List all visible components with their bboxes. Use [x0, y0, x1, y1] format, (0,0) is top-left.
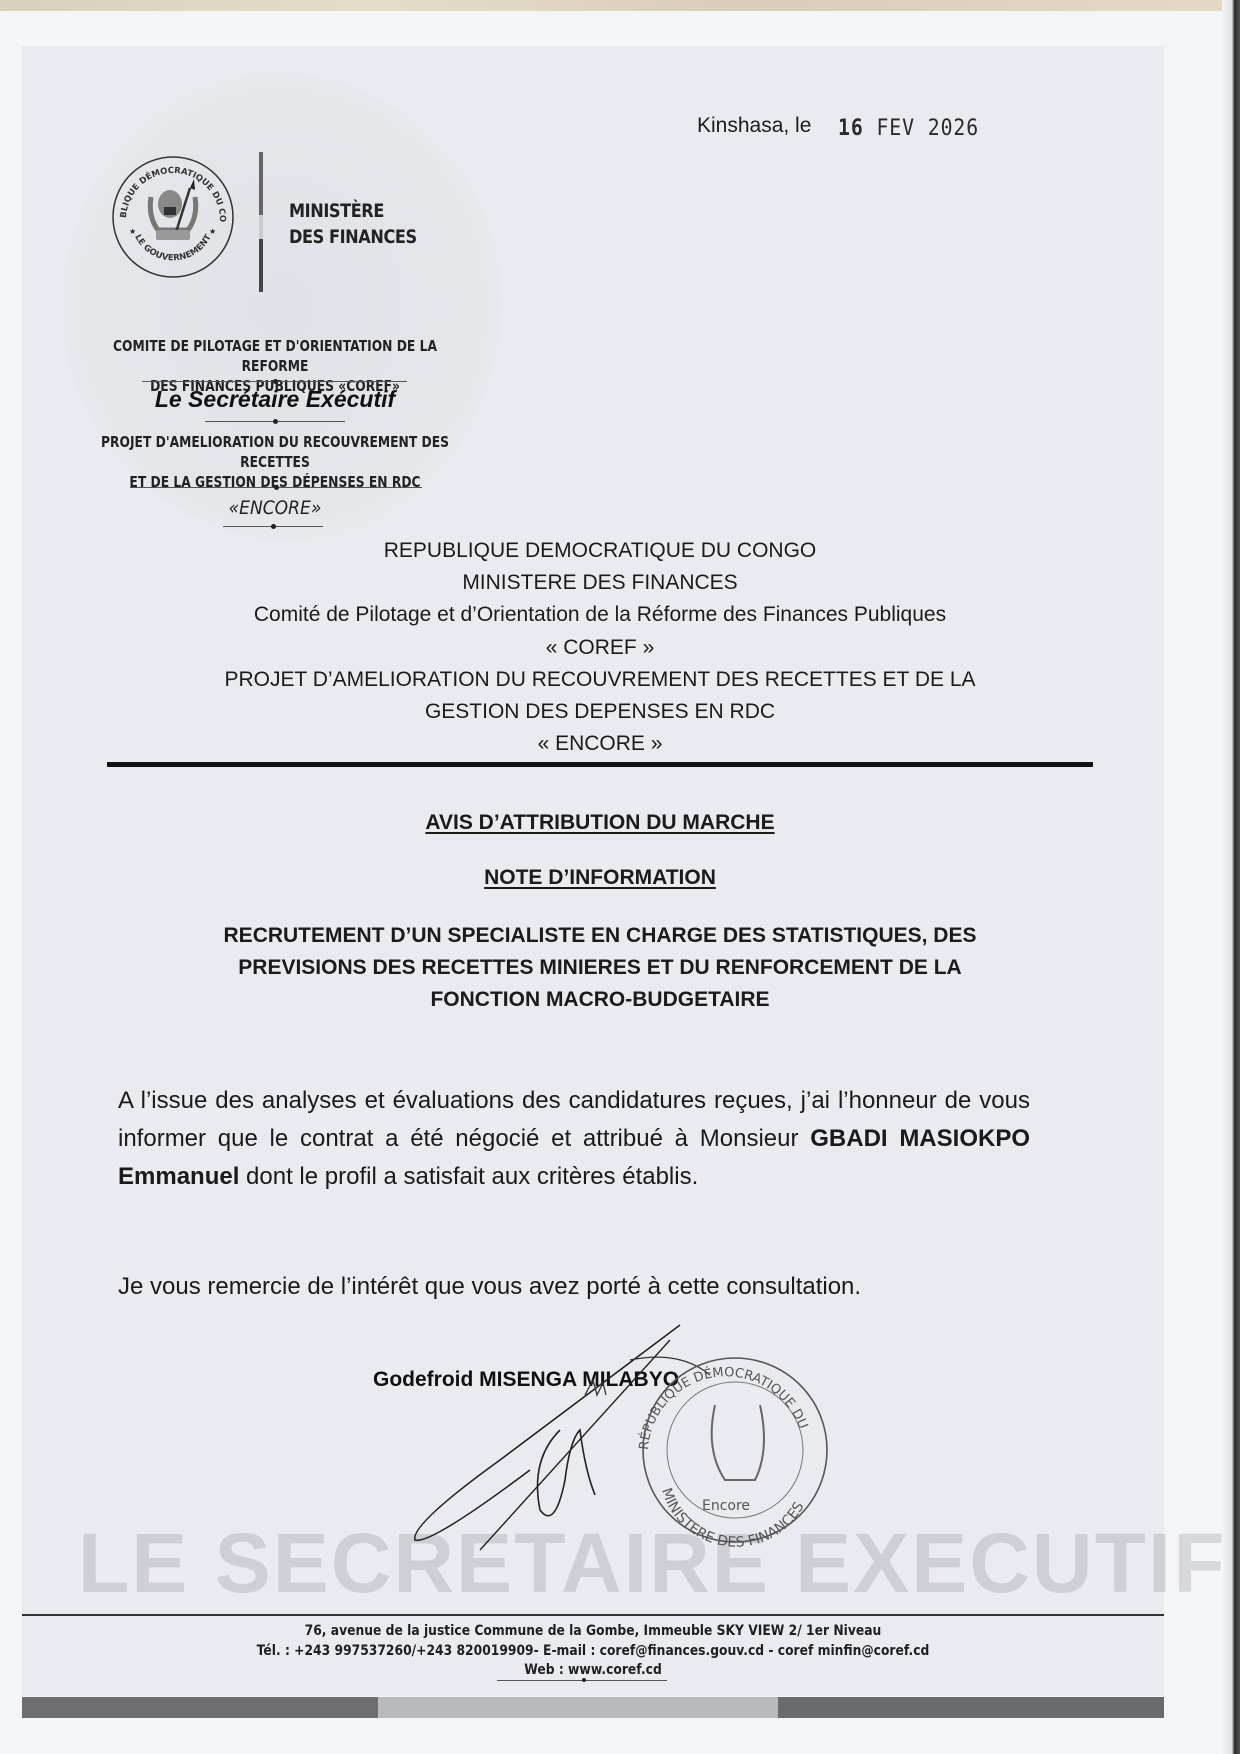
footer-web: Web : www.coref.cd — [91, 1662, 1096, 1678]
header-ministry: MINISTERE DES FINANCES — [100, 567, 1100, 599]
header-comite: Comité de Pilotage et d’Orientation de l… — [100, 599, 1100, 631]
header-coref: « COREF » — [100, 632, 1100, 664]
title-note-information: NOTE D’INFORMATION — [100, 866, 1100, 890]
letterhead-encore: «ENCORE» — [77, 497, 473, 519]
date-stamp-month: FEV — [876, 116, 914, 141]
svg-text:★: ★ — [209, 227, 216, 236]
subject-line3: FONCTION MACRO-BUDGETAIRE — [110, 984, 1090, 1016]
letterhead-projet: PROJET D'AMELIORATION DU RECOUVREMENT DE… — [95, 432, 456, 492]
footer-address: 76, avenue de la justice Commune de la G… — [91, 1623, 1096, 1639]
footer-contact: Tél. : +243 997537260/+243 820019909- E-… — [91, 1643, 1096, 1659]
footer-bar-right — [778, 1697, 1164, 1718]
letterhead-rule — [223, 526, 323, 527]
footer-rule — [497, 1680, 667, 1681]
letterhead-rule — [130, 487, 422, 488]
header-country: REPUBLIQUE DEMOCRATIQUE DU CONGO — [100, 535, 1100, 567]
scan-top-edge — [0, 0, 1240, 11]
svg-text:Encore: Encore — [702, 1498, 750, 1514]
svg-text:★: ★ — [129, 227, 136, 236]
header-divider — [107, 762, 1093, 767]
date-stamp-day: 16 — [838, 116, 864, 141]
footer-divider — [22, 1614, 1164, 1616]
date-stamp-year: 2026 — [928, 116, 979, 141]
coat-of-arms-seal-icon: RÉPUBLIQUE DÉMOCRATIQUE DU CONGO LE GOUV… — [108, 152, 238, 282]
title-avis-attribution: AVIS D’ATTRIBUTION DU MARCHE — [100, 811, 1100, 835]
header-encore: « ENCORE » — [100, 728, 1100, 760]
subject-line1: RECRUTEMENT D’UN SPECIALISTE EN CHARGE D… — [110, 920, 1090, 952]
place-date-label: Kinshasa, le — [697, 114, 811, 138]
body-paragraph: A l’issue des analyses et évaluations de… — [118, 1082, 1030, 1196]
ministry-name: MINISTÈRE DES FINANCES — [289, 198, 417, 250]
header-projet-line2: GESTION DES DEPENSES EN RDC — [100, 696, 1100, 728]
header-projet-line1: PROJET D’AMELIORATION DU RECOUVREMENT DE… — [100, 664, 1100, 696]
letterhead-rule — [205, 421, 345, 422]
svg-text:RÉPUBLIQUE DÉMOCRATIQUE DU CON: RÉPUBLIQUE DÉMOCRATIQUE DU CONGO — [380, 1320, 810, 1451]
scan-right-edge — [1222, 0, 1240, 1754]
letterhead-secretaire: Le Secrétaire Exécutif — [55, 386, 495, 413]
footer-bar-middle — [378, 1697, 778, 1718]
footer-bar-left — [22, 1697, 378, 1718]
letterhead-divider — [259, 152, 263, 292]
letterhead-rule — [142, 381, 407, 382]
subject-line2: PREVISIONS DES RECETTES MINIERES ET DU R… — [110, 952, 1090, 984]
handwritten-signature-and-stamp-icon: RÉPUBLIQUE DÉMOCRATIQUE DU CONGO MINISTE… — [380, 1320, 900, 1560]
date-stamp: 16 FEV 2026 — [838, 116, 979, 141]
body-thanks: Je vous remercie de l’intérêt que vous a… — [118, 1273, 861, 1301]
